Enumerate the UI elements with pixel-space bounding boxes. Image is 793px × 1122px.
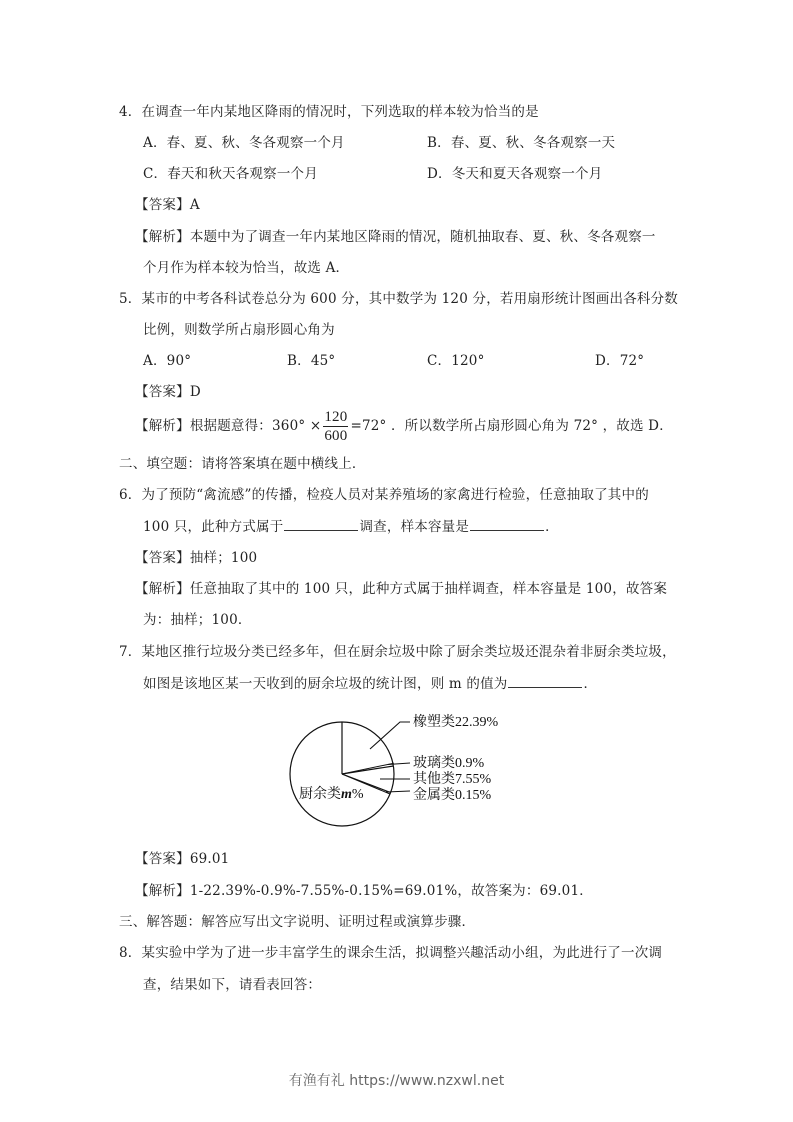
- q4-option-a: A．春、夏、秋、冬各观察一个月: [143, 134, 345, 152]
- section-2-heading: 二、填空题：请将答案填在题中横线上．: [119, 455, 366, 473]
- answer-label: 【答案】: [135, 550, 190, 566]
- fraction-denominator: 600: [323, 427, 348, 445]
- q7-analysis: 【解析】1-22.39%-0.9%-7.55%-0.15%=69.01%，故答案…: [135, 882, 593, 900]
- q7-text-c: ．: [583, 676, 597, 692]
- q4-option-d: D．冬天和夏天各观察一个月: [427, 165, 602, 183]
- q5-option-d: D．72°: [595, 352, 644, 370]
- analysis-label: 【解析】: [135, 418, 190, 434]
- fraction-numerator: 120: [323, 408, 348, 427]
- answer-label: 【答案】: [135, 851, 190, 867]
- q6-stem-line1: 6．为了预防“禽流感”的传播，检疫人员对某养殖场的家禽进行检验，任意抽取了其中的: [119, 486, 649, 504]
- fraction: 120600: [323, 408, 348, 445]
- q6-analysis-line1: 【解析】任意抽取了其中的 100 只，此种方式属于抽样调查，样本容量是 100，…: [135, 580, 667, 598]
- analysis-label: 【解析】: [135, 883, 190, 899]
- blank-2: [470, 517, 544, 531]
- q4-stem: 4．在调查一年内某地区降雨的情况时，下列选取的样本较为恰当的是: [119, 103, 539, 121]
- q7-answer: 【答案】69.01: [135, 850, 229, 868]
- q7-text-a: 如图是该地区某一天收到的厨余垃圾的统计图，则 m 的值为: [143, 676, 507, 692]
- q4-analysis-line1: 【解析】本题中为了调查一年内某地区降雨的情况，随机抽取春、夏、秋、冬各观察一: [135, 228, 656, 246]
- q8-stem-line1: 8．某实验中学为了进一步丰富学生的课余生活，拟调整兴趣活动小组，为此进行了一次调: [119, 944, 662, 962]
- pie-chart: 橡塑类22.39% 玻璃类0.9% 其他类7.55% 金属类0.15% 厨余类m…: [280, 705, 530, 840]
- q4-option-c: C．春天和秋天各观察一个月: [143, 165, 318, 183]
- q7-stem-line1: 7．某地区推行垃圾分类已经多年，但在厨余垃圾中除了厨余类垃圾还混杂着非厨余类垃圾…: [119, 643, 676, 661]
- pie-label-kitchen-waste: 厨余类m%: [299, 787, 364, 802]
- analysis-text: 1-22.39%-0.9%-7.55%-0.15%=69.01%，故答案为：69…: [190, 883, 593, 899]
- kitchen-waste-name: 厨余类: [299, 787, 341, 802]
- pie-label-glass: 玻璃类0.9%: [413, 756, 484, 771]
- answer-label: 【答案】: [135, 197, 190, 213]
- q8-stem-line2: 查，结果如下，请看表回答：: [143, 976, 321, 994]
- q5-answer: 【答案】D: [135, 383, 201, 401]
- answer-value: 69.01: [190, 851, 230, 867]
- q6-answer: 【答案】抽样；100: [135, 549, 257, 567]
- q5-option-c: C．120°: [427, 352, 485, 370]
- answer-value: D: [190, 384, 201, 400]
- q5-option-a: A．90°: [143, 352, 191, 370]
- analysis-text: 本题中为了调查一年内某地区降雨的情况，随机抽取春、夏、秋、冬各观察一: [190, 229, 656, 245]
- q5-analysis: 【解析】根据题意得：360° ×120600=72° ．所以数学所占扇形圆心角为…: [135, 407, 673, 445]
- answer-value: A: [190, 197, 200, 213]
- section-3-heading: 三、解答题：解答应写出文字说明、证明过程或演算步骤．: [119, 913, 475, 931]
- pie-label-other: 其他类7.55%: [413, 772, 491, 787]
- analysis-text: 任意抽取了其中的 100 只，此种方式属于抽样调查，样本容量是 100，故答案: [190, 581, 667, 597]
- answer-value: 抽样；100: [190, 550, 257, 566]
- q7-stem-line2: 如图是该地区某一天收到的厨余垃圾的统计图，则 m 的值为．: [143, 674, 597, 693]
- pie-label-rubber-plastic: 橡塑类22.39%: [413, 715, 498, 730]
- q4-answer: 【答案】A: [135, 196, 200, 214]
- answer-label: 【答案】: [135, 384, 190, 400]
- q4-analysis-line2: 个月作为样本较为恰当，故选 A．: [143, 259, 349, 277]
- analysis-text-post: =72° ．所以数学所占扇形圆心角为 72° ，故选 D．: [350, 418, 672, 434]
- blank-1: [508, 674, 582, 688]
- q6-analysis-line2: 为：抽样；100．: [143, 611, 252, 629]
- q5-option-b: B．45°: [287, 352, 335, 370]
- analysis-label: 【解析】: [135, 581, 190, 597]
- document-page: 4．在调查一年内某地区降雨的情况时，下列选取的样本较为恰当的是 A．春、夏、秋、…: [0, 0, 793, 1122]
- analysis-label: 【解析】: [135, 229, 190, 245]
- q6-stem-line2: 100 只，此种方式属于调查，样本容量是．: [143, 517, 559, 536]
- analysis-text-pre: 根据题意得：360° ×: [190, 418, 322, 434]
- footer-watermark: 有渔有礼 https://www.nzxwl.net: [0, 1070, 793, 1090]
- q6-text-a: 100 只，此种方式属于: [143, 519, 283, 535]
- q5-stem-line2: 比例，则数学所占扇形圆心角为: [143, 321, 335, 339]
- q4-option-b: B．春、夏、秋、冬各观察一天: [427, 134, 615, 152]
- variable-m: m: [341, 787, 352, 802]
- pie-label-metal: 金属类0.15%: [413, 788, 491, 803]
- q5-stem-line1: 5．某市的中考各科试卷总分为 600 分，其中数学为 120 分，若用扇形统计图…: [119, 290, 678, 308]
- q6-text-b: 调查，样本容量是: [359, 519, 469, 535]
- blank-1: [284, 517, 358, 531]
- q6-text-c: ．: [545, 519, 559, 535]
